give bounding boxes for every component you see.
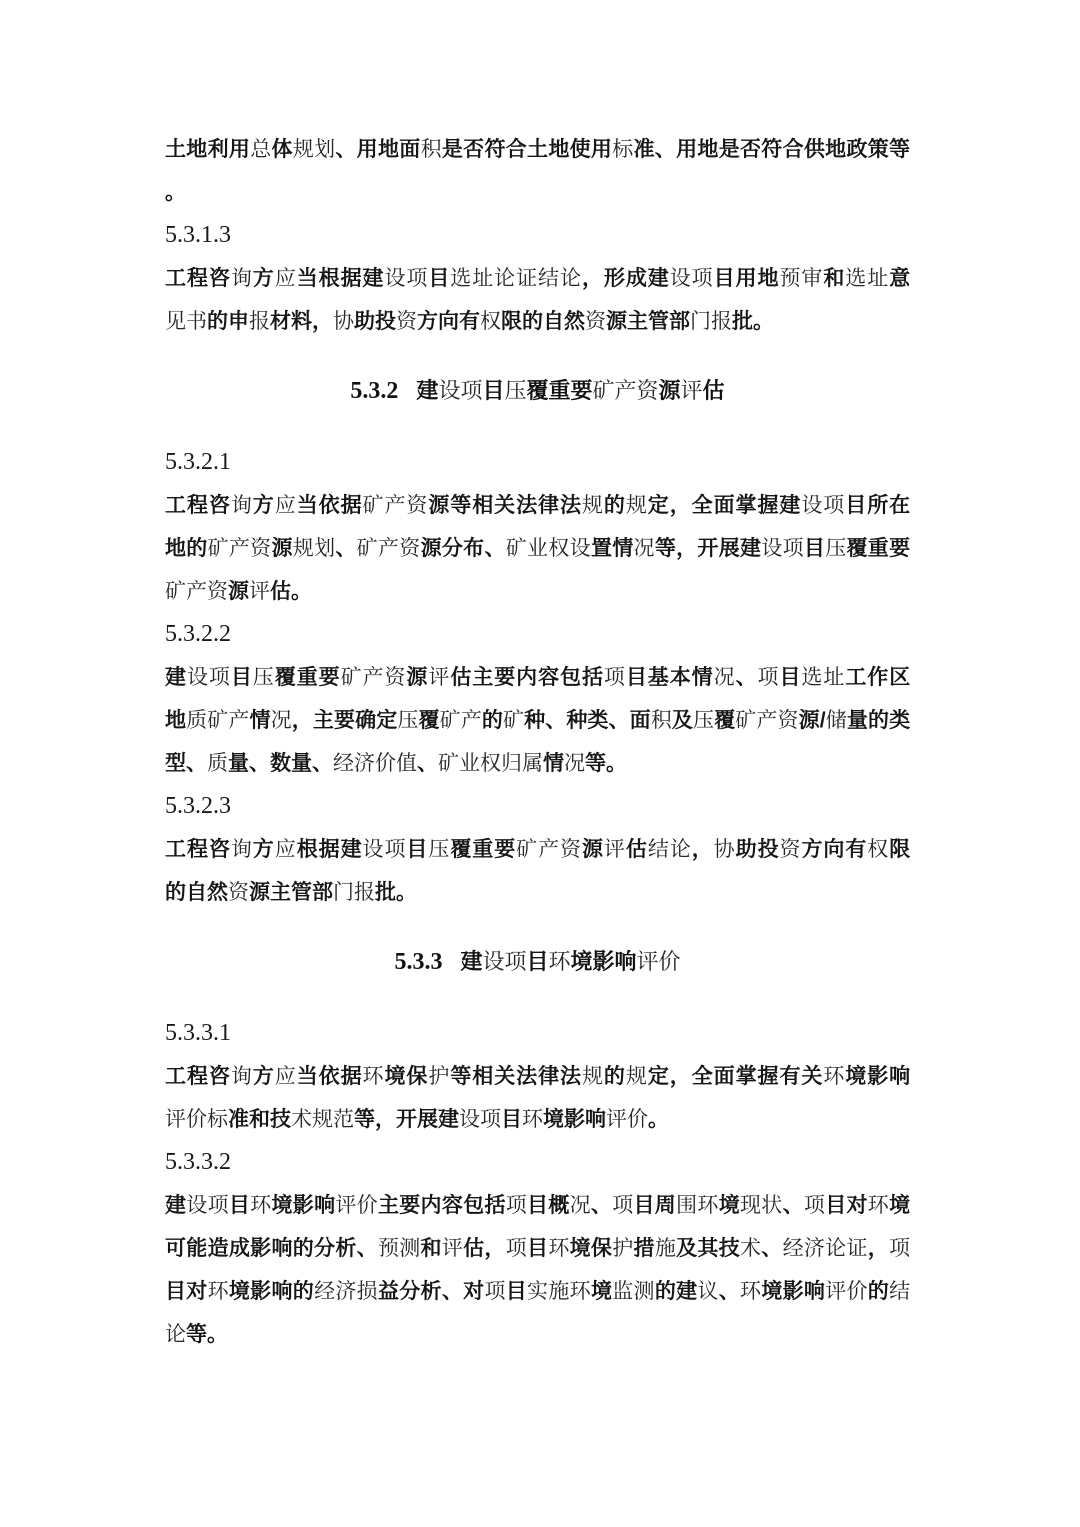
- serif-glyph-run: 询: [231, 1064, 253, 1088]
- section-heading-number: 5.3.3: [394, 949, 442, 975]
- serif-glyph-run: 况: [564, 751, 585, 775]
- serif-glyph-run: 经济论证: [783, 1236, 868, 1260]
- serif-glyph-run: 矿产资: [516, 837, 582, 861]
- serif-glyph-run: 评: [681, 378, 703, 403]
- serif-glyph-run: 询: [231, 266, 253, 290]
- serif-glyph-run: 评价: [825, 1279, 868, 1303]
- text-run: 、: [719, 1280, 740, 1303]
- serif-glyph-run: 压: [428, 837, 450, 861]
- text-run: 和: [823, 267, 845, 290]
- serif-glyph-run: 项: [484, 1279, 505, 1303]
- paragraph-line: 建设项目压覆重要矿产资源评估主要内容包括项目基本情况、项目选址工作区: [165, 656, 910, 699]
- text-run: 工程咨: [165, 494, 231, 517]
- serif-glyph-run: 规: [626, 493, 648, 517]
- text-run: 建: [165, 666, 187, 689]
- serif-glyph-run: 设项: [187, 665, 231, 689]
- serif-glyph-run: 环: [549, 949, 571, 974]
- text-run: 、: [591, 1194, 612, 1217]
- text-run: 境影响: [271, 1194, 335, 1217]
- serif-glyph-run: 资: [228, 880, 249, 904]
- text-run: 、: [783, 1194, 804, 1217]
- text-run: 目: [501, 1108, 522, 1131]
- text-run: 源: [406, 666, 428, 689]
- serif-glyph-run: 矿产资: [208, 536, 272, 560]
- serif-glyph-run: 评: [428, 665, 450, 689]
- serif-glyph-run: 矿产资: [341, 665, 407, 689]
- text-run: 目: [526, 949, 548, 974]
- text-run: 工程咨: [165, 267, 231, 290]
- serif-glyph-run: 压: [504, 378, 526, 403]
- serif-glyph-run: 设项: [438, 378, 482, 403]
- serif-glyph-run: 权: [867, 837, 889, 861]
- text-run: 工作区: [845, 666, 910, 689]
- text-run: 置情: [591, 537, 634, 560]
- text-run: 助投: [736, 838, 780, 861]
- paragraph-line: 地的矿产资源规划、矿产资源分布、矿业权设置情况等，开展建设项目压覆重要: [165, 527, 910, 570]
- text-run: 的: [604, 1065, 626, 1088]
- text-run: 当依据: [297, 494, 363, 517]
- text-run: 等，开展建: [655, 537, 761, 560]
- text-run: 批。: [732, 310, 774, 333]
- text-run: 体: [271, 138, 292, 161]
- serif-glyph-run: 压: [253, 665, 275, 689]
- serif-glyph-run: 矿: [503, 708, 524, 732]
- text-run: 量、数量、: [228, 752, 333, 775]
- paragraph: 建设项目压覆重要矿产资源评估主要内容包括项目基本情况、项目选址工作区地质矿产情况…: [165, 656, 910, 785]
- text-run: 型、: [165, 752, 207, 775]
- text-run: 目: [231, 666, 253, 689]
- paragraph-line: 可能造成影响的分析、预测和评估，项目环境保护措施及其技术、经济论证，项: [165, 1227, 910, 1270]
- section-heading-number: 5.3.2: [350, 378, 398, 404]
- serif-glyph-run: 报: [249, 309, 270, 333]
- text-run: 境影响: [761, 1280, 825, 1303]
- serif-glyph-run: 设项: [363, 837, 407, 861]
- serif-glyph-run: 评: [442, 1236, 463, 1260]
- text-run: 、: [761, 1237, 782, 1260]
- serif-glyph-run: 评价: [637, 949, 681, 974]
- paragraph-line: 工程咨询方应当根据建设项目选址论证结论，形成建设项目用地预审和选址意: [165, 257, 910, 300]
- serif-glyph-run: 环: [823, 1064, 845, 1088]
- clause-number: 5.3.3.2: [165, 1141, 910, 1184]
- serif-glyph-run: 资: [780, 837, 802, 861]
- text-run: 境: [719, 1194, 740, 1217]
- document-page: 土地利用总体规划、用地面积是否符合土地使用标准、用地是否符合供地政策等。5.3.…: [0, 0, 1080, 1527]
- text-run: 方向有: [417, 310, 480, 333]
- text-run: 、用地面: [335, 138, 420, 161]
- text-run: 建: [416, 378, 438, 403]
- paragraph-line: 工程咨询方应当依据环境保护等相关法律法规的规定，全面掌握有关环境影响: [165, 1055, 910, 1098]
- serif-glyph-run: 术: [740, 1236, 761, 1260]
- serif-glyph-run: 结: [889, 1279, 910, 1303]
- text-run: 估: [703, 378, 725, 403]
- serif-glyph-run: 现状: [740, 1193, 783, 1217]
- serif-glyph-run: 环: [363, 1064, 385, 1088]
- text-run: 地的: [165, 537, 208, 560]
- text-run: 地: [165, 709, 186, 732]
- text-run: 限的自然: [501, 310, 585, 333]
- paragraph: 建设项目环境影响评价主要内容包括项目概况、项目周围环境现状、项目对环境可能造成影…: [165, 1184, 910, 1356]
- text-run: 方向有: [801, 838, 867, 861]
- clause-number: 5.3.2.3: [165, 785, 910, 828]
- serif-glyph-run: 门报: [333, 880, 375, 904]
- text-run: 目概: [527, 1194, 570, 1217]
- serif-glyph-run: 矿业权归属: [438, 751, 543, 775]
- text-run: 的建: [655, 1280, 698, 1303]
- serif-glyph-run: 资: [585, 309, 606, 333]
- text-run: 批。: [375, 881, 417, 904]
- serif-glyph-run: 评价标: [165, 1107, 228, 1131]
- text-run: 量的类: [847, 709, 910, 732]
- text-run: 的申: [207, 310, 249, 333]
- text-run: 土地利用: [165, 138, 250, 161]
- text-run: 、: [335, 537, 356, 560]
- serif-glyph-run: 评: [249, 579, 270, 603]
- paragraph: 工程咨询方应当依据环境保护等相关法律法规的规定，全面掌握有关环境影响评价标准和技…: [165, 1055, 910, 1141]
- text-run: 方: [253, 838, 275, 861]
- serif-glyph-run: 项: [889, 1236, 910, 1260]
- document-body: 土地利用总体规划、用地面积是否符合土地使用标准、用地是否符合供地政策等。5.3.…: [165, 128, 910, 1356]
- text-run: 情: [543, 752, 564, 775]
- text-run: 等。: [585, 752, 627, 775]
- paragraph-line: 见书的申报材料，协助投资方向有权限的自然资源主管部门报批。: [165, 300, 910, 343]
- text-run: 境: [591, 1280, 612, 1303]
- serif-glyph-run: 规: [582, 493, 604, 517]
- paragraph-line: 地质矿产情况，主要确定压覆矿产的矿种、种类、面积及压覆矿产资源/储量的类: [165, 699, 910, 742]
- text-run: 覆重要: [847, 537, 911, 560]
- serif-glyph-run: 结论: [648, 837, 692, 861]
- text-run: 目基本情: [626, 666, 714, 689]
- serif-glyph-run: 矿产资: [735, 708, 798, 732]
- paragraph-line: 建设项目环境影响评价主要内容包括项目概况、项目周围环境现状、项目对环境: [165, 1184, 910, 1227]
- text-run: 当依据: [297, 1065, 363, 1088]
- serif-glyph-run: 标: [612, 137, 633, 161]
- text-run: 及: [672, 709, 693, 732]
- serif-glyph-run: 预审: [779, 266, 823, 290]
- paragraph: 工程咨询方应当根据建设项目选址论证结论，形成建设项目用地预审和选址意见书的申报材…: [165, 257, 910, 343]
- text-run: 和: [421, 1237, 442, 1260]
- text-run: 的: [868, 1280, 889, 1303]
- text-run: 材料，: [270, 310, 333, 333]
- text-run: 等相关法律法: [450, 1065, 582, 1088]
- text-run: 境保: [570, 1237, 613, 1260]
- text-run: 源主管部: [606, 310, 690, 333]
- text-run: 目: [406, 838, 428, 861]
- text-run: ，形成建: [582, 267, 670, 290]
- section-heading: 5.3.2建设项目压覆重要矿产资源评估: [165, 369, 910, 413]
- text-run: 是否符合土地使用: [442, 138, 612, 161]
- text-run: 措: [634, 1237, 655, 1260]
- text-run: 方: [253, 494, 275, 517]
- serif-glyph-run: 积: [421, 137, 442, 161]
- serif-glyph-run: 选址论证结论: [450, 266, 582, 290]
- text-run: 目: [229, 1194, 250, 1217]
- text-run: 目: [779, 666, 801, 689]
- serif-glyph-run: 询: [231, 493, 253, 517]
- text-run: 目用地: [714, 267, 780, 290]
- serif-glyph-run: 项: [758, 665, 780, 689]
- paragraph-line: 工程咨询方应当依据矿产资源等相关法律法规的规定，全面掌握建设项目所在: [165, 484, 910, 527]
- clause-number: 5.3.1.3: [165, 214, 910, 257]
- serif-glyph-run: 选址: [845, 266, 889, 290]
- serif-glyph-run: 项: [604, 665, 626, 689]
- paragraph-line: 论等。: [165, 1313, 910, 1356]
- text-run: 境影响: [845, 1065, 910, 1088]
- text-run: 方: [253, 267, 275, 290]
- serif-glyph-run: 经济损: [314, 1279, 378, 1303]
- text-run: ，: [692, 838, 714, 861]
- text-run: 源分布、: [421, 537, 506, 560]
- serif-glyph-run: 选址: [801, 665, 845, 689]
- paragraph: 工程咨询方应当依据矿产资源等相关法律法规的规定，全面掌握建设项目所在地的矿产资源…: [165, 484, 910, 613]
- text-run: 可能造成影响的分析、: [165, 1237, 378, 1260]
- text-run: 的自然: [165, 881, 228, 904]
- text-run: 源: [228, 580, 249, 603]
- paragraph: 土地利用总体规划、用地面积是否符合土地使用标准、用地是否符合供地政策等。: [165, 128, 910, 214]
- serif-glyph-run: 压: [397, 708, 418, 732]
- serif-glyph-run: 矿产: [440, 708, 482, 732]
- serif-glyph-run: 询: [231, 837, 253, 861]
- serif-glyph-run: 监测: [612, 1279, 655, 1303]
- serif-glyph-run: 门报: [690, 309, 732, 333]
- serif-glyph-run: 规: [626, 1064, 648, 1088]
- text-run: 、: [417, 752, 438, 775]
- serif-glyph-run: 项: [612, 1193, 633, 1217]
- text-run: 目对: [165, 1280, 208, 1303]
- text-run: 定，全面掌握有关: [648, 1065, 824, 1088]
- text-run: 估主要内容包括: [450, 666, 604, 689]
- serif-glyph-run: 设项: [670, 266, 714, 290]
- serif-glyph-run: 施: [655, 1236, 676, 1260]
- text-run: 种、种类、面: [524, 709, 651, 732]
- serif-glyph-run: 术规范: [291, 1107, 354, 1131]
- text-run: 境保: [384, 1065, 428, 1088]
- paragraph-line: 工程咨询方应根据建设项目压覆重要矿产资源评估结论，协助投资方向有权限: [165, 828, 910, 871]
- text-run: 目: [482, 378, 504, 403]
- text-run: 源等相关法律法: [428, 494, 582, 517]
- serif-glyph-run: 环: [740, 1279, 761, 1303]
- text-run: 建: [165, 1194, 186, 1217]
- serif-glyph-run: 环: [522, 1107, 543, 1131]
- text-run: 目: [804, 537, 825, 560]
- text-run: 目对: [825, 1194, 868, 1217]
- serif-glyph-run: 评价: [606, 1107, 648, 1131]
- text-run: 工程咨: [165, 838, 231, 861]
- text-run: 主要内容包括: [378, 1194, 506, 1217]
- paragraph-line: 目对环境影响的经济损益分析、对项目实施环境监测的建议、环境影响评价的结: [165, 1270, 910, 1313]
- serif-glyph-run: 围环: [676, 1193, 719, 1217]
- serif-glyph-run: 压: [825, 536, 846, 560]
- text-run: 意: [889, 267, 910, 290]
- text-run: 目周: [634, 1194, 677, 1217]
- serif-glyph-run: 设项: [459, 1107, 501, 1131]
- serif-glyph-run: 况: [570, 1193, 591, 1217]
- serif-glyph-run: 协: [333, 309, 354, 333]
- paragraph-line: 。: [165, 171, 910, 214]
- clause-number: 5.3.3.1: [165, 1012, 910, 1055]
- serif-glyph-run: 设项: [801, 493, 845, 517]
- clause-number: 5.3.2.2: [165, 613, 910, 656]
- serif-glyph-run: 护: [612, 1236, 633, 1260]
- text-run: 及其技: [676, 1237, 740, 1260]
- serif-glyph-run: 经济价值: [333, 751, 417, 775]
- text-run: 境: [889, 1194, 910, 1217]
- serif-glyph-run: 压: [693, 708, 714, 732]
- text-run: 的: [482, 709, 503, 732]
- paragraph-line: 型、质量、数量、经济价值、矿业权归属情况等。: [165, 742, 910, 785]
- serif-glyph-run: 规划: [293, 536, 336, 560]
- text-run: 估，: [463, 1237, 506, 1260]
- text-run: 覆: [714, 709, 735, 732]
- text-run: 准、用地是否符合供地政策等: [634, 138, 911, 161]
- text-run: 。: [165, 181, 186, 204]
- text-run: 的: [604, 494, 626, 517]
- serif-glyph-run: 项: [506, 1193, 527, 1217]
- text-run: 目所在: [845, 494, 910, 517]
- serif-glyph-run: 矿产资: [165, 579, 228, 603]
- text-run: 覆重要: [275, 666, 341, 689]
- serif-glyph-run: 资: [396, 309, 417, 333]
- paragraph-line: 矿产资源评估。: [165, 570, 910, 613]
- serif-glyph-run: 协: [714, 837, 736, 861]
- serif-glyph-run: 应: [275, 837, 297, 861]
- text-run: 等。: [186, 1323, 228, 1346]
- serif-glyph-run: 矿产资: [593, 378, 659, 403]
- text-run: 境影响: [571, 949, 637, 974]
- text-run: 源: [659, 378, 681, 403]
- text-run: 、: [736, 666, 758, 689]
- text-run: ，: [868, 1237, 889, 1260]
- serif-glyph-run: 设项: [384, 266, 428, 290]
- text-run: 源/: [799, 709, 826, 732]
- text-run: 源主管部: [249, 881, 333, 904]
- text-run: 根据建: [297, 838, 363, 861]
- serif-glyph-run: 规划: [293, 137, 336, 161]
- serif-glyph-run: 预测: [378, 1236, 421, 1260]
- serif-glyph-run: 项: [804, 1193, 825, 1217]
- serif-glyph-run: 环: [250, 1193, 271, 1217]
- text-run: 当根据建: [297, 267, 385, 290]
- paragraph: 工程咨询方应根据建设项目压覆重要矿产资源评估结论，协助投资方向有权限的自然资源主…: [165, 828, 910, 914]
- serif-glyph-run: 评: [604, 837, 626, 861]
- text-run: 方: [253, 1065, 275, 1088]
- serif-glyph-run: 设项: [482, 949, 526, 974]
- paragraph-line: 评价标准和技术规范等，开展建设项目环境影响评价。: [165, 1098, 910, 1141]
- serif-glyph-run: 设项: [186, 1193, 229, 1217]
- section-heading-title: 建设项目压覆重要矿产资源评估: [416, 378, 724, 403]
- text-run: 工程咨: [165, 1065, 231, 1088]
- text-run: 估: [626, 838, 648, 861]
- text-run: 境影响: [543, 1108, 606, 1131]
- text-run: 准和技: [228, 1108, 291, 1131]
- serif-glyph-run: 况: [714, 665, 736, 689]
- text-run: 源: [271, 537, 292, 560]
- paragraph-line: 的自然资源主管部门报批。: [165, 871, 910, 914]
- text-run: 益分析、对: [378, 1280, 484, 1303]
- serif-glyph-run: 设项: [761, 536, 804, 560]
- section-heading-title: 建设项目环境影响评价: [460, 949, 680, 974]
- serif-glyph-run: 见书: [165, 309, 207, 333]
- serif-glyph-run: 况: [634, 536, 655, 560]
- serif-glyph-run: 环: [868, 1193, 889, 1217]
- serif-glyph-run: 议: [697, 1279, 718, 1303]
- text-run: 建: [460, 949, 482, 974]
- text-run: 覆重要: [526, 378, 592, 403]
- serif-glyph-run: 环: [548, 1236, 569, 1260]
- serif-glyph-run: 质矿产: [186, 708, 249, 732]
- clause-number: 5.3.2.1: [165, 441, 910, 484]
- serif-glyph-run: 质: [207, 751, 228, 775]
- text-run: 目: [527, 1237, 548, 1260]
- serif-glyph-run: 矿业权设: [506, 536, 591, 560]
- serif-glyph-run: 积: [651, 708, 672, 732]
- serif-glyph-run: 况: [271, 708, 292, 732]
- text-run: ，主要确定: [292, 709, 398, 732]
- serif-glyph-run: 实施环: [527, 1279, 591, 1303]
- text-run: 限: [889, 838, 910, 861]
- serif-glyph-run: 环: [208, 1279, 229, 1303]
- text-run: 等，开展建: [354, 1108, 459, 1131]
- paragraph-line: 土地利用总体规划、用地面积是否符合土地使用标准、用地是否符合供地政策等: [165, 128, 910, 171]
- serif-glyph-run: 权: [480, 309, 501, 333]
- text-run: 。: [648, 1108, 669, 1131]
- text-run: 情: [249, 709, 270, 732]
- serif-glyph-run: 总: [250, 137, 271, 161]
- text-run: 覆重要: [450, 838, 516, 861]
- text-run: 定，全面掌握建: [648, 494, 802, 517]
- serif-glyph-run: 应: [275, 493, 297, 517]
- serif-glyph-run: 论: [165, 1322, 186, 1346]
- text-run: 目: [428, 267, 450, 290]
- serif-glyph-run: 护: [428, 1064, 450, 1088]
- section-heading: 5.3.3建设项目环境影响评价: [165, 940, 910, 984]
- serif-glyph-run: 储: [826, 708, 847, 732]
- text-run: 助投: [354, 310, 396, 333]
- serif-glyph-run: 评价: [335, 1193, 378, 1217]
- serif-glyph-run: 规: [582, 1064, 604, 1088]
- text-run: 境影响的: [229, 1280, 314, 1303]
- serif-glyph-run: 矿产资: [363, 493, 429, 517]
- text-run: 目: [506, 1280, 527, 1303]
- text-run: 源: [582, 838, 604, 861]
- text-run: 覆: [418, 709, 439, 732]
- serif-glyph-run: 项: [506, 1236, 527, 1260]
- serif-glyph-run: 应: [275, 1064, 297, 1088]
- text-run: 估。: [270, 580, 312, 603]
- serif-glyph-run: 应: [275, 266, 297, 290]
- serif-glyph-run: 矿产资: [357, 536, 421, 560]
